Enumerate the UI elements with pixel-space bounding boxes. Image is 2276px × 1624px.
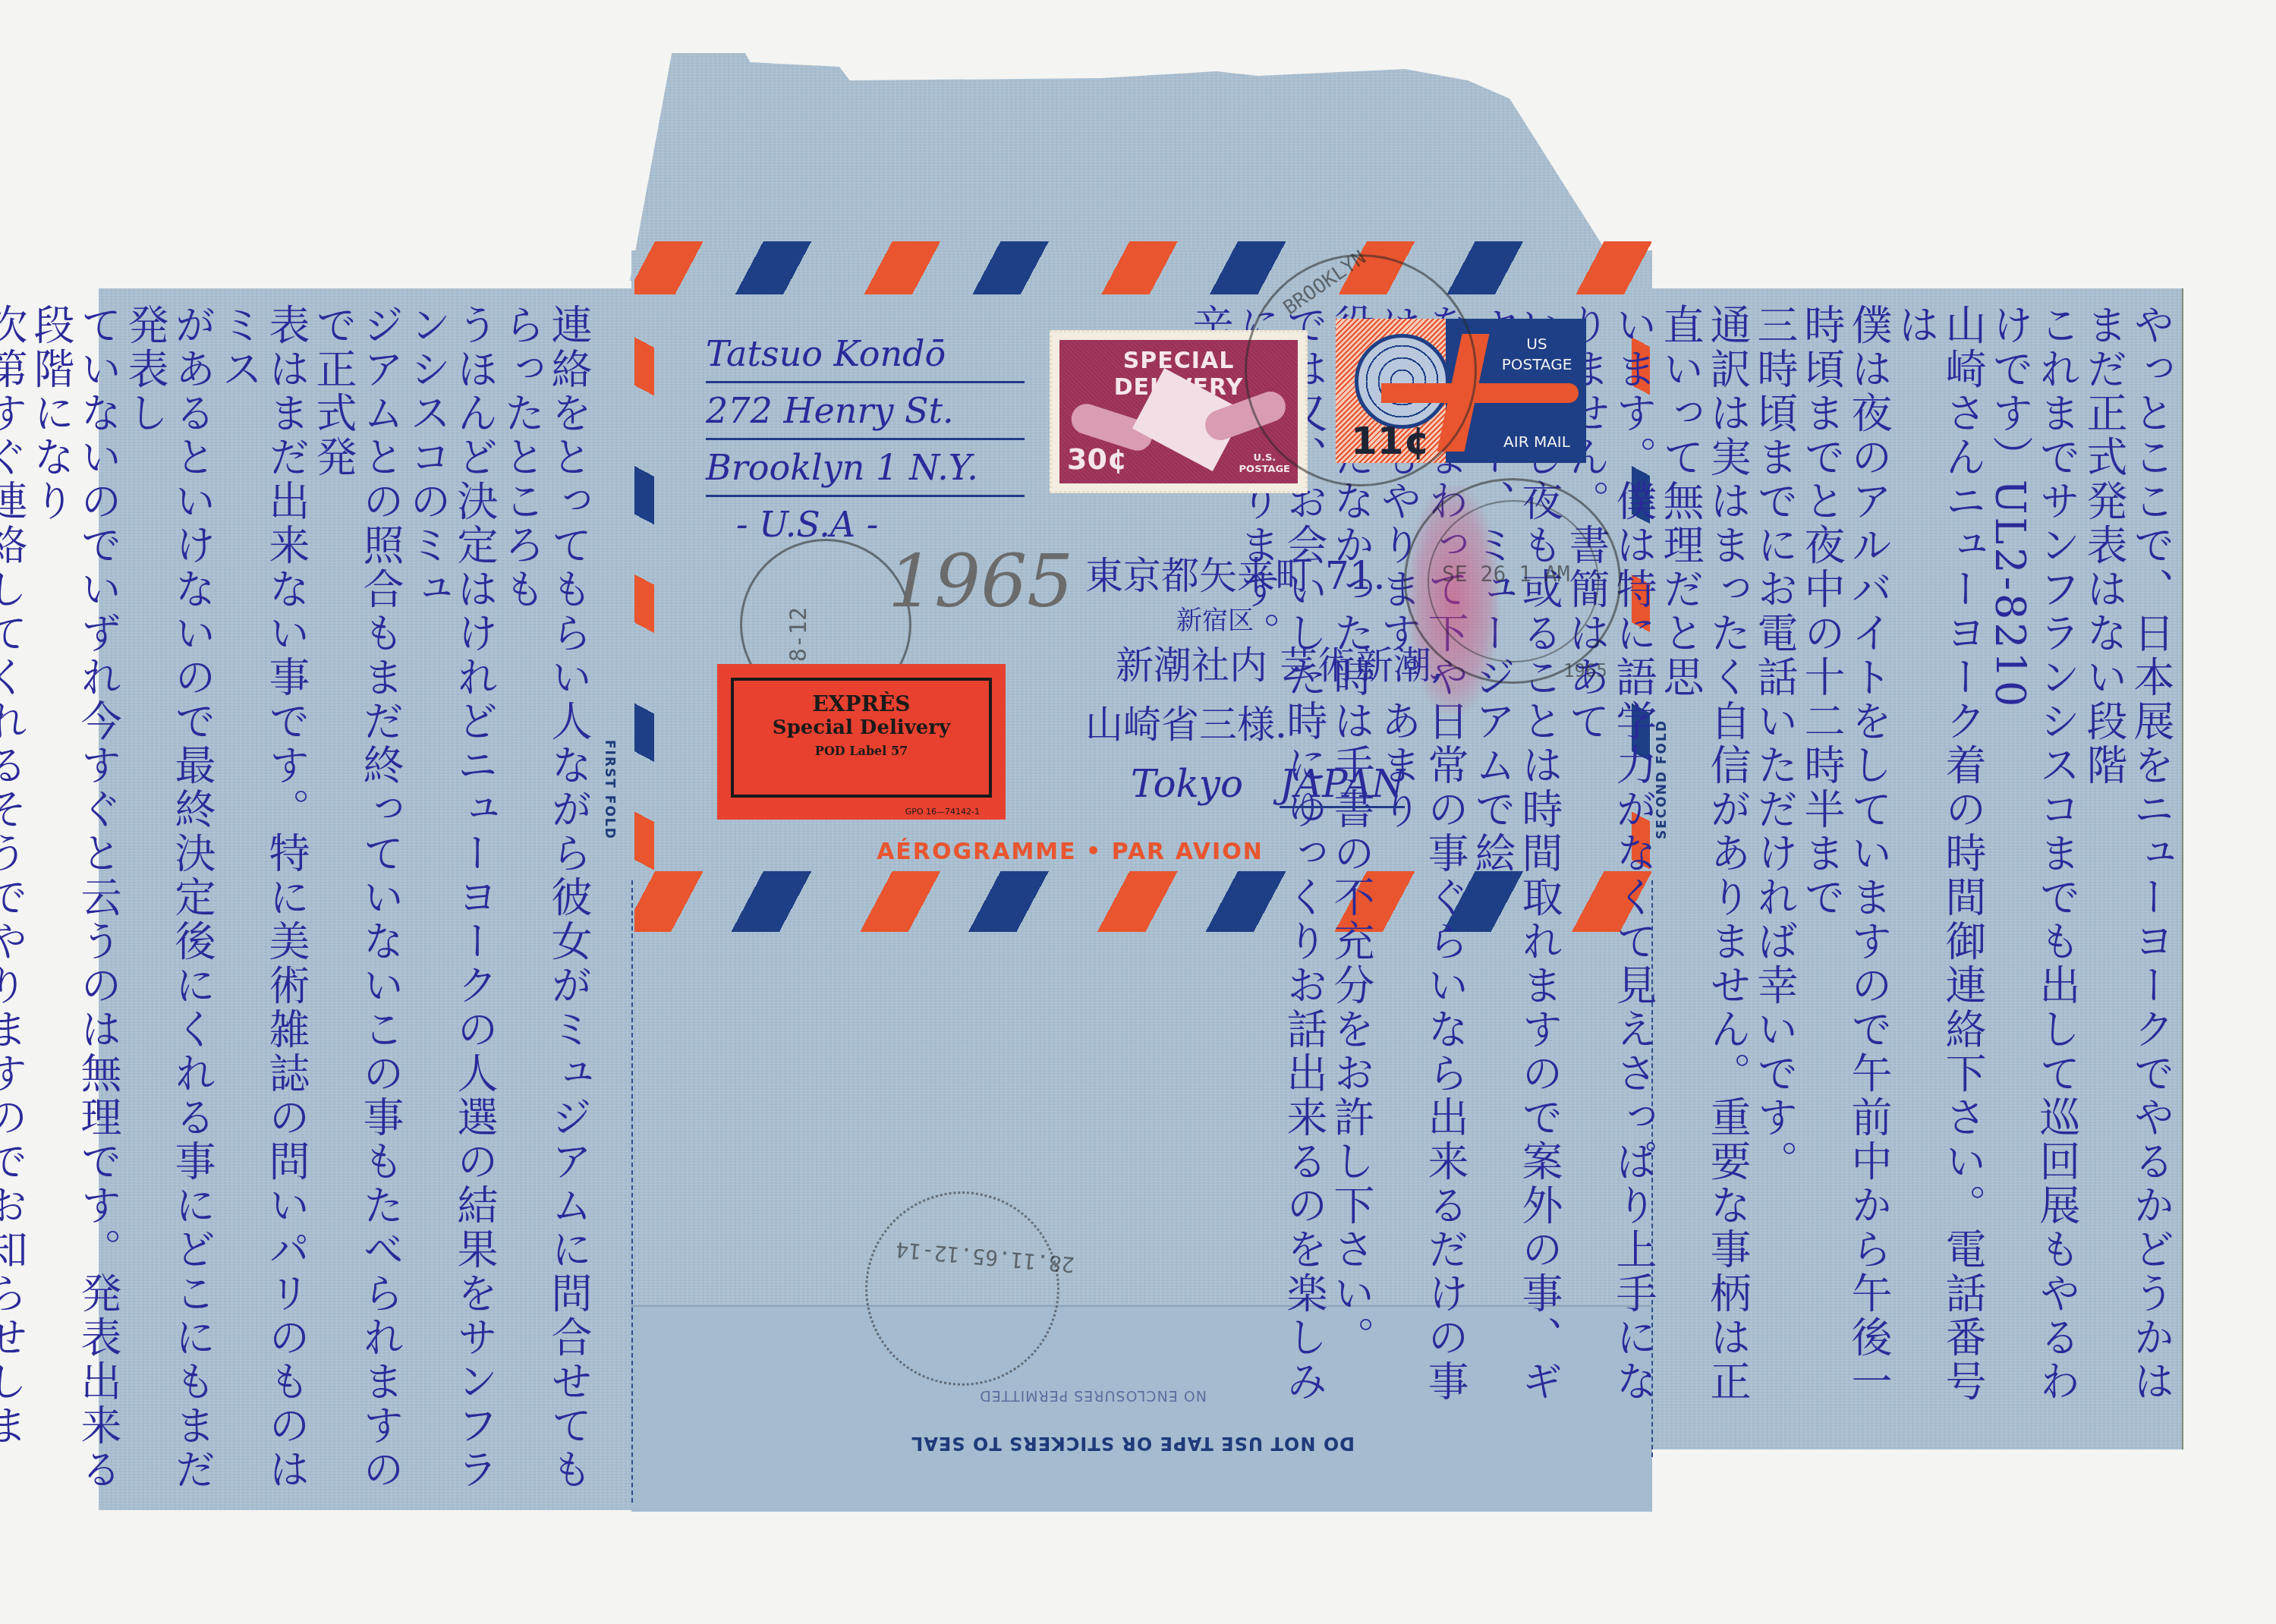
brooklyn-postmark-top: BROOKLYN — [1245, 254, 1477, 486]
do-not-use-tape-notice: DO NOT USE TAPE OR STICKERS TO SEAL — [911, 1433, 1355, 1454]
postmark-date: SE 26 1 AM — [1442, 562, 1570, 587]
expres-special-delivery-label: EXPRÈS Special Delivery POD Label 57 GPO… — [717, 664, 1006, 820]
sender-city: Brooklyn 1 N.Y. — [706, 440, 1025, 497]
letter-column: ジアムとの照合もまだ終っていないこの事もたべられますので正式発 — [310, 304, 404, 1503]
sender-street: 272 Henry St. — [706, 383, 1025, 440]
letter-column: 表はまだ出来ない事です。特に美術雑誌の問いパリのものはミス — [216, 304, 310, 1503]
letter-column: これまでサンフランシスコまでも出して巡回展もやるわけです）UL2-8210 — [1986, 304, 2080, 1442]
letter-column: 三時頃までにお電話いただければ幸いです。 — [1751, 304, 1798, 1442]
letter-left-panel-text: 連絡をとってもらい人ながら彼女がミュジアムに問合せてもらったところもうほんど決定… — [106, 304, 592, 1503]
first-fold-label: FIRST FOLD — [602, 740, 617, 840]
postmark-year: 1965 — [1563, 660, 1607, 681]
recipient-city: Tokyo — [1131, 762, 1243, 806]
expres-title: EXPRÈS — [734, 681, 989, 716]
letter-column: 連絡をとってもらい人ながら彼女がミュジアムに問合せてもらったところも — [498, 304, 592, 1503]
letter-column: います。僕は特に語学力がなくて見えさっぱり上手になりません。書簡はあて — [1563, 304, 1657, 1442]
expres-print-code: GPO 16—74142-1 — [905, 807, 980, 817]
receipt-postmark — [865, 1191, 1059, 1386]
airmail-border-left — [634, 288, 654, 880]
pencil-year-annotation: 1965 — [888, 539, 1073, 624]
recipient-country: JAPAN — [1280, 762, 1405, 808]
first-fold-line — [631, 880, 633, 1503]
recipient-address: 東京都矢来町 71. 新宿区 新潮社内 芸術新潮, 山崎省三様. Tokyo J… — [1085, 546, 1443, 814]
recipient-line1-insert: 新宿区 — [1176, 606, 1443, 636]
indicia-line2: POSTAGE — [1502, 355, 1572, 373]
indicia-line1: US — [1526, 335, 1547, 353]
aerogramme-heading: AÉROGRAMME • PAR AVION — [759, 839, 1381, 865]
indicia-service: AIR MAIL — [1491, 433, 1582, 451]
letter-column: があるといけないので最終決定後にくれる事にどこにもまだ発表し — [121, 304, 216, 1503]
stamp-country-line1: U.S. — [1253, 452, 1276, 464]
letter-column: 山崎さんニューヨーク着の時間御連絡下さい。電話番号は — [1892, 304, 1986, 1442]
expres-code: POD Label 57 — [734, 739, 989, 758]
recipient-line2: 新潮社内 芸術新潮, — [1085, 636, 1443, 695]
recipient-line3: 山崎省三様. — [1085, 695, 1443, 754]
letter-column: いますし夜も或ることは時間取れますので案外の事、ギャラリー、ミュージアムで絵 — [1469, 304, 1563, 1442]
no-enclosures-notice: NO ENCLOSURES PERMITTED — [979, 1387, 1207, 1404]
sender-name: Tatsuo Kondō — [706, 326, 1025, 383]
letter-column: 通訳は実はまったく自信がありません。重要な事柄は正直いって無理だと思 — [1657, 304, 1751, 1442]
recipient-line1: 東京都矢来町 71. — [1085, 546, 1443, 606]
indicia-postage-text: US POSTAGE — [1491, 334, 1582, 375]
letter-column: 僕は夜のアルバイトをしていますので午前中から午後一時頃までと夜中の十二時半まで — [1798, 304, 1892, 1442]
letter-right-panel-text: やっとここで、日本展をニューヨークでやるかどうかはまだ正式発表はない段階これまで… — [1651, 304, 2174, 1442]
letter-column: やっとここで、日本展をニューヨークでやるかどうかはまだ正式発表はない段階 — [2080, 304, 2174, 1442]
expres-subtitle: Special Delivery — [734, 716, 989, 739]
letter-column: 次第すぐ連絡してくれるそうでやりますのでお知らせします。この展覧会を — [0, 304, 27, 1503]
letter-column: うほんど決定はけれどニューヨークの人選の結果をサンフランシスコのミュ — [404, 304, 498, 1503]
sender-address: Tatsuo Kondō 272 Henry St. Brooklyn 1 N.… — [706, 326, 1025, 552]
letter-column: ていないのでいずれ今すぐと云うのは無理です。発表出来る段階になり — [27, 304, 121, 1503]
stamp-value: 30¢ — [1067, 442, 1127, 476]
stamp-country-line2: POSTAGE — [1239, 464, 1290, 475]
airmail-border-top — [634, 241, 1651, 294]
